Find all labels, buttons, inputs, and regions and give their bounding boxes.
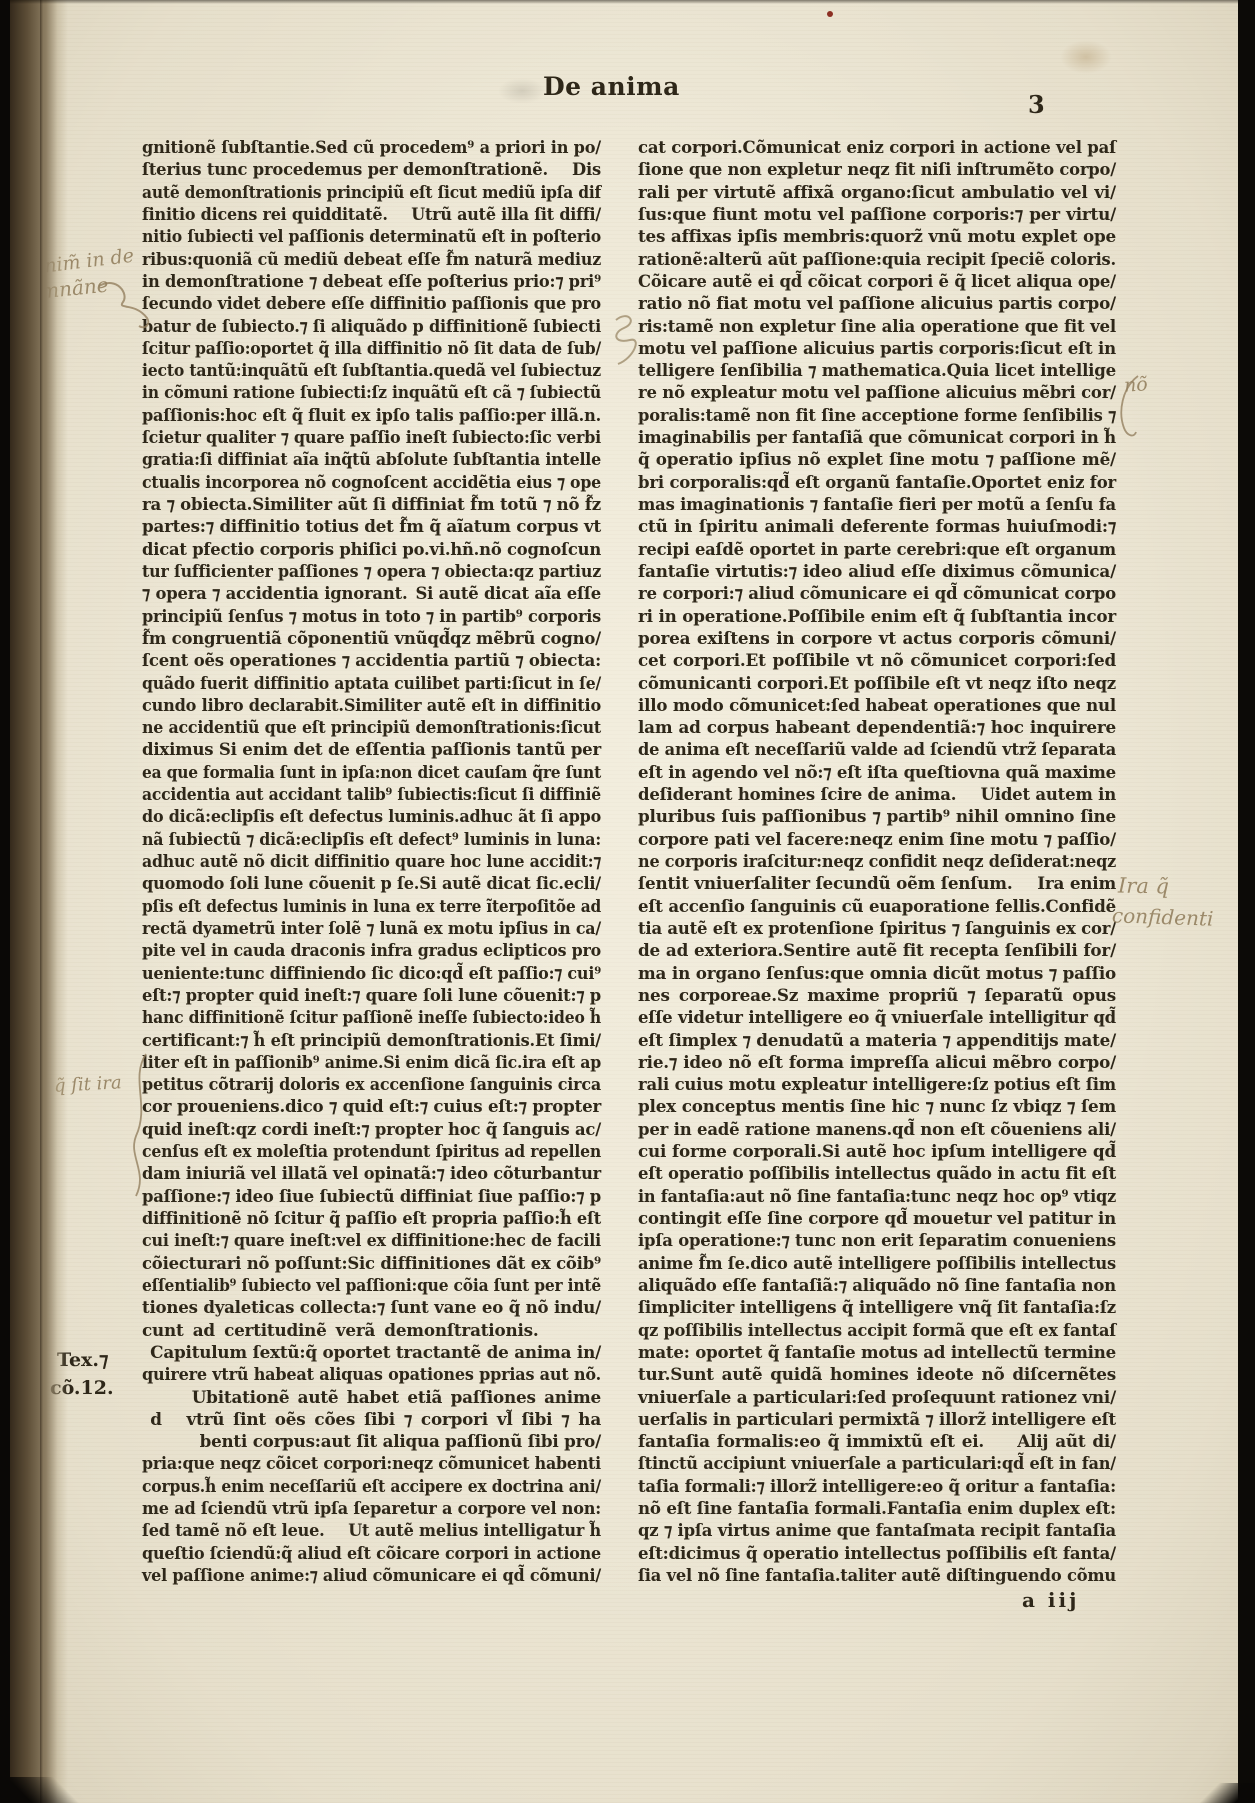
text-line: principiũ ſenſus ⁊ motus in toto ⁊ in pa… — [142, 605, 601, 627]
text-line: cundo libro declarabit.Similiter autẽ eſ… — [142, 694, 601, 716]
text-line: eſt accenſio ſanguinis cũ euaporatione f… — [638, 895, 1116, 917]
text-line: per in eadẽ ratione manens.qd̃ non eſt c… — [638, 1118, 1116, 1140]
text-line: nã ſubiectũ ⁊ dicã:eclipſis eſt defect⁹ … — [142, 828, 601, 850]
text-line: re corpori:⁊ aliud cõmunicare ei qd̃ cõm… — [638, 582, 1116, 604]
text-line: re nõ expleatur motu vel paſſione alicui… — [638, 381, 1116, 403]
text-line: ipſa operatione:⁊ tunc non erit ſeparati… — [638, 1229, 1116, 1251]
text-line: finitio dicens rei quidditatẽ. Utrũ autẽ… — [142, 203, 601, 225]
text-line: uerſalis in particulari permixtã ⁊ illor… — [638, 1408, 1116, 1430]
text-line: pria:que neqz cõicet corpori:neqz cõmuni… — [142, 1452, 601, 1474]
text-line: diffinitionẽ nõ ſcitur q̃ paſſio eſt pro… — [142, 1207, 601, 1229]
text-line: cat corpori.Cõmunicat eniz corpori in ac… — [638, 136, 1116, 158]
text-line: Capitulum ſextũ:q̃ oportet tractantẽ de … — [142, 1341, 601, 1363]
text-line: dam iniuriã vel illatã vel opinatã:⁊ ide… — [142, 1162, 601, 1184]
text-line: liter eſt in paſſionib⁹ anime.Si enim di… — [142, 1051, 601, 1073]
text-line: ſterius tunc procedemus per demonſtratio… — [142, 158, 601, 180]
text-line: telligere ſenſibilia ⁊ mathematica.Quia … — [638, 359, 1116, 381]
text-line: eſt ſimplex ⁊ denudatũ a materia ⁊ appen… — [638, 1029, 1116, 1051]
folio-page-number: 3 — [1028, 90, 1045, 119]
text-line: batur de ſubiecto.⁊ ſi aliquãdo p diffin… — [142, 315, 601, 337]
text-line: fantaſie virtutis:⁊ ideo aliud eſſe dixi… — [638, 560, 1116, 582]
text-line: quirere vtrũ habeat aliquas opationes pp… — [142, 1363, 601, 1385]
text-line: ſtinctũ accipiunt vniuerſale a particula… — [638, 1452, 1116, 1474]
text-line: autẽ demonſtrationis principiũ eſt ſicut… — [142, 181, 601, 203]
text-line: mate: oportet q̃ fantaſie motus ad intel… — [638, 1341, 1116, 1363]
text-line: tia autẽ eſt ex protenſione ſpiritus ⁊ ſ… — [638, 917, 1116, 939]
running-head-title: De anima — [543, 72, 680, 101]
text-line: iecto tantũ:inquãtũ eſt ſubſtantia.quedã… — [142, 359, 601, 381]
text-line: de anima eſt neceſſariũ valde ad ſciendũ… — [638, 738, 1116, 760]
text-line: eſſe videtur intelligere eo q̃ vniuerſal… — [638, 1006, 1116, 1028]
text-line: diximus Si enim det de eſſentia paſſioni… — [142, 738, 601, 760]
text-line: aliquãdo eſſe fantaſiã:⁊ aliquãdo nõ ſin… — [638, 1274, 1116, 1296]
text-line: quid ineſt:qz cordi ineſt:⁊ propter hoc … — [142, 1118, 601, 1140]
text-line: tiones dyaleticas collecta:⁊ ſunt vane e… — [142, 1296, 601, 1318]
text-line: vniuerſale a particulari:ſed proſequunt … — [638, 1386, 1116, 1408]
text-line: ſed tamẽ nõ eſt leue. Ut autẽ melius int… — [142, 1519, 601, 1541]
scan-edge-left — [0, 0, 10, 1803]
text-line: queſtio ſciendũ:q̃ aliud eſt cõicare cor… — [142, 1542, 601, 1564]
text-line: ſimpliciter intelligens q̃ intelligere v… — [638, 1296, 1116, 1318]
text-line: ſione que non expletur neqz fit niſi inſ… — [638, 158, 1116, 180]
text-line: in demonſtratione ⁊ debeat eſſe poſteriu… — [142, 270, 601, 292]
text-line: ri in operatione.Poſſibile enim eſt q̃ ſ… — [638, 605, 1116, 627]
scan-edge-top — [0, 0, 1255, 4]
text-line: tes affixas ipſis membris:quorz̃ vnũ mot… — [638, 225, 1116, 247]
paper-smudge — [498, 78, 546, 104]
text-line: ſcent oẽs operationes ⁊ accidentia parti… — [142, 649, 601, 671]
text-line: petitus cõtrarij doloris ex accenſione ſ… — [142, 1073, 601, 1095]
text-line: eſt operatio poſſibilis intellectus quãd… — [638, 1162, 1116, 1184]
text-line: ⁊ opera ⁊ accidentia ignorant. Si autẽ d… — [142, 582, 601, 604]
text-line: ſecundo videt debere eſſe diffinitio paſ… — [142, 292, 601, 314]
text-line: ne accidentiũ que eſt principiũ demonſtr… — [142, 716, 601, 738]
text-line: fantaſia formalis:eo q̃ immixtũ eſt ei. … — [638, 1430, 1116, 1452]
text-line: pſis eſt defectus luminis in luna ex ter… — [142, 895, 601, 917]
text-line: cet corpori.Et poſſibile vt nõ cõmunicet… — [638, 649, 1116, 671]
text-line: gnitionẽ ſubſtantie.Sed cũ procedem⁹ a p… — [142, 136, 601, 158]
gutter-crease — [40, 0, 43, 1803]
text-line: ſcietur qualiter ⁊ quare paſſio ineſt ſu… — [142, 426, 601, 448]
text-line: accidentia aut accidant talib⁹ ſubiectis… — [142, 783, 601, 805]
text-line: gratia:ſi diffiniat aĩa inq̃tũ abſolute … — [142, 448, 601, 470]
text-line: tur ſufficienter paſſiones ⁊ opera ⁊ obi… — [142, 560, 601, 582]
text-line: rectã dyametrũ inter ſolẽ ⁊ lunã ex motu… — [142, 917, 601, 939]
text-line: partes:⁊ diffinitio totius det f̃m q̃ aĩ… — [142, 515, 601, 537]
text-line: Ubitationẽ autẽ habet etiã paſſiones ani… — [142, 1386, 601, 1408]
pen-flourish-between-columns-icon — [604, 310, 648, 368]
text-line: bri corporalis:qd̃ eſt organũ fantaſie.O… — [638, 471, 1116, 493]
text-line: cenſus eſt ex moleſtia protendunt ſpirit… — [142, 1140, 601, 1162]
handwritten-note-ira-line2: confidenti — [1112, 903, 1214, 931]
text-line: q̃ operatio ipſius nõ explet ſine motu ⁊… — [638, 448, 1116, 470]
text-line: ſcitur paſſio:oportet q̃ illa diffinitio… — [142, 337, 601, 359]
text-line: me ad ſciendũ vtrũ ipſa ſeparetur a corp… — [142, 1497, 601, 1519]
text-line: quãdo fuerit diffinitio aptata cuilibet … — [142, 672, 601, 694]
text-line: cor proueniens.dico ⁊ quid eſt:⁊ cuius e… — [142, 1095, 601, 1117]
binding-gutter-shadow — [10, 0, 68, 1803]
text-line: cunt ad certitudinẽ verã demonſtrationis… — [142, 1319, 601, 1341]
text-line: ne corporis iraſcitur:neqz confidit neqz… — [638, 850, 1116, 872]
text-line: qz ⁊ ipſa virtus anime que fantaſmata re… — [638, 1519, 1116, 1541]
text-line: ra ⁊ obiecta.Similiter aũt ſi diffiniat … — [142, 493, 601, 515]
text-line: hanc diffinitionẽ ſcitur paſſionẽ ineſſe… — [142, 1006, 601, 1028]
text-line: ma in organo ſenſus:que omnia dicũt motu… — [638, 962, 1116, 984]
quire-signature: a iij — [1022, 1588, 1079, 1612]
text-line: deſiderant homines ſcire de anima. Uidet… — [638, 783, 1116, 805]
text-line: paſſione:⁊ ideo ſiue ſubiectũ diffiniat … — [142, 1185, 601, 1207]
text-line: mas imaginationis ⁊ fantaſie fieri per m… — [638, 493, 1116, 515]
text-line: taſia formali:⁊ illorz̃ intelligere:eo q… — [638, 1475, 1116, 1497]
text-line: eſt in agendo vel nõ:⁊ eſt iſta queſtiov… — [638, 761, 1116, 783]
text-line: cui ineſt:⁊ quare ineſt:vel ex diffiniti… — [142, 1229, 601, 1251]
text-line: rali per virtutẽ affixã organo:ſicut amb… — [638, 181, 1116, 203]
text-line: ſentit vniuerſaliter ſecundũ oẽm ſenſum.… — [638, 872, 1116, 894]
text-line: ris:tamẽ non expletur ſine alia operatio… — [638, 315, 1116, 337]
text-line: ea que formalia ſunt in ipſa:non dicet c… — [142, 761, 601, 783]
text-line: anime f̃m ſe.dico autẽ intelligere poſſi… — [638, 1252, 1116, 1274]
text-line: quomodo ſoli lune cõuenit p ſe.Si autẽ d… — [142, 872, 601, 894]
text-line: ctualis incorporea nõ cognoſcent accidẽt… — [142, 471, 601, 493]
text-line: ſus:que fiunt motu vel paſſione corporis… — [638, 203, 1116, 225]
text-line: in cõmuni ratione ſubiecti:ſz inquãtũ eſ… — [142, 381, 601, 403]
text-column-right: cat corpori.Cõmunicat eniz corpori in ac… — [638, 136, 1116, 1586]
text-line: do dicã:eclipſis eſt defectus luminis.ad… — [142, 805, 601, 827]
pen-flourish-right-no-icon — [1112, 372, 1146, 444]
text-line: de ad exteriora.Sentire autẽ fit recepta… — [638, 939, 1116, 961]
pen-bracket-left-margin-icon — [124, 1050, 154, 1200]
text-line: qz poſſibilis intellectus accipit formã … — [638, 1319, 1116, 1341]
text-line: ſia vel nõ ſine fantaſia.taliter autẽ di… — [638, 1564, 1116, 1586]
text-line: nitio ſubiecti vel paſſionis determinatũ… — [142, 225, 601, 247]
book-page-scan: De anima 3 gnitionẽ ſubſtantie.Sed cũ pr… — [0, 0, 1255, 1803]
text-line: dicat pfectio corporis phiſici po.vi.hñ.… — [142, 538, 601, 560]
text-column-left: gnitionẽ ſubſtantie.Sed cũ procedem⁹ a p… — [142, 136, 601, 1586]
text-line: Cõicare autẽ ei qd̃ cõicat corpori ẽ q̃ … — [638, 270, 1116, 292]
text-line: d vtrũ ſint oẽs cões ſibi ⁊ corpori vl̃ … — [142, 1408, 601, 1430]
text-line: eſt:⁊ propter quid ineſt:⁊ quare ſoli lu… — [142, 984, 601, 1006]
text-line: ribus:quoniã cũ mediũ debeat eſſe f̃m na… — [142, 248, 601, 270]
scan-edge-right — [1238, 0, 1255, 1803]
text-line: vel paſſione anime:⁊ aliud cõmunicare ei… — [142, 1564, 601, 1586]
handwritten-note-ira-line1: Ira q̃ — [1118, 874, 1169, 899]
text-line: cõiecturari nõ poſſunt:Sic diffinitiones… — [142, 1252, 601, 1274]
text-line: ctũ in ſpiritu animali deferente formas … — [638, 515, 1116, 537]
text-line: eſſentialib⁹ ſubiecto vel paſſioni:que c… — [142, 1274, 601, 1296]
text-line: rali cuius motu expleatur intelligere:ſz… — [638, 1073, 1116, 1095]
text-line: cui forme corporali.Si autẽ hoc ipſum in… — [638, 1140, 1116, 1162]
text-line: f̃m congruentiã cõponentiũ vnũqd̃qz mẽbr… — [142, 627, 601, 649]
text-line: corpore pati vel facere:neqz enim ſine m… — [638, 828, 1116, 850]
text-line: contingit eſſe ſine corpore qd̃ mouetur … — [638, 1207, 1116, 1229]
pen-flourish-topleft-icon — [95, 272, 157, 334]
text-line: nes corporeae.Sz maxime propriũ ⁊ ſepara… — [638, 984, 1116, 1006]
text-line: ratio nõ fiat motu vel paſſione alicuius… — [638, 292, 1116, 314]
paper-stain — [1060, 40, 1112, 74]
text-line: nõ eſt ſine fantaſia formali.Fantaſia en… — [638, 1497, 1116, 1519]
text-line: illo modo cõmunicet:ſed habeat operation… — [638, 694, 1116, 716]
text-line: recipi eaſdẽ oportet in parte cerebri:qu… — [638, 538, 1116, 560]
text-line: adhuc autẽ nõ dicit diffinitio quare hoc… — [142, 850, 601, 872]
text-line: imaginabilis per fantaſiã que cõmunicat … — [638, 426, 1116, 448]
text-line: benti corpus:aut ſit aliqua paſſionũ ſib… — [142, 1430, 601, 1452]
scan-corner-bottom-right — [1195, 1783, 1255, 1803]
text-line: ueniente:tunc diffiniendo ſic dico:qd̃ e… — [142, 962, 601, 984]
text-line: lam ad corpus habeant dependentiã:⁊ hoc … — [638, 716, 1116, 738]
text-line: poralis:tamẽ non fit ſine acceptione for… — [638, 404, 1116, 426]
text-line: rie.⁊ ideo nõ eſt forma impreſſa alicui … — [638, 1051, 1116, 1073]
text-line: plex conceptus mentis ſine hic ⁊ nunc ſz… — [638, 1095, 1116, 1117]
text-line: cõmunicanti corpori.Et poſſibile eſt vt … — [638, 672, 1116, 694]
text-line: rationẽ:alterũ aũt paſſione:quia recipit… — [638, 248, 1116, 270]
text-line: motu vel paſſione alicuius partis corpor… — [638, 337, 1116, 359]
text-line: porea exiſtens in corpore vt actus corpo… — [638, 627, 1116, 649]
scan-corner-bottom-left — [0, 1777, 80, 1803]
text-line: paſſionis:hoc eſt q̃ fluit ex ipſo talis… — [142, 404, 601, 426]
text-line: eſt:dicimus q̃ operatio intellectus poſſ… — [638, 1542, 1116, 1564]
red-speck-top — [827, 11, 833, 17]
text-line: tur.Sunt autẽ quidã homines ideote nõ di… — [638, 1363, 1116, 1385]
text-line: certificant:⁊ h̃ eſt principiũ demonſtra… — [142, 1029, 601, 1051]
text-line: pite vel in cauda draconis infra gradus … — [142, 939, 601, 961]
text-line: in fantaſia:aut nõ ſine fantaſia:tunc ne… — [638, 1185, 1116, 1207]
text-line: corpus.h̃ enim neceſſariũ eſt accipere e… — [142, 1475, 601, 1497]
text-line: pluribus ſuis paſſionibus ⁊ partib⁹ nihi… — [638, 805, 1116, 827]
